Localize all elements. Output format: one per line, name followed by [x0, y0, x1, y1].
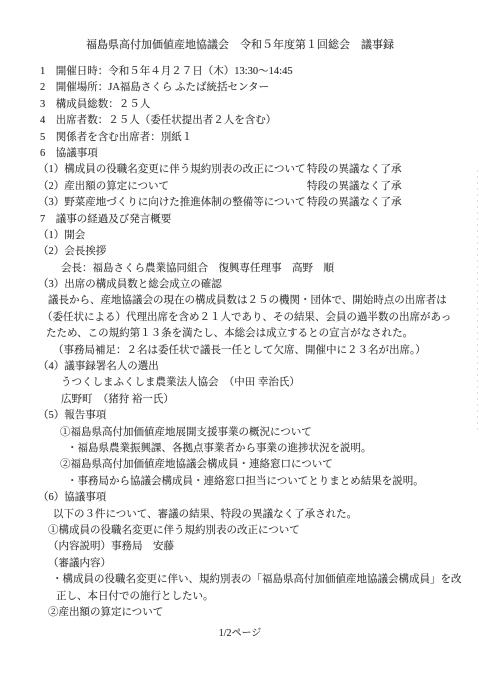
line-text: （委任状による）代理出席を含め２１人であり、その結果、会員の過半数の出席があっ	[42, 312, 451, 323]
line-text: ①福島県高付加価値産地展開支援事業の概況について	[60, 427, 312, 438]
text-line: ・事務局から協議会構成員・連絡窓口担当についてとりまとめ結果を説明。	[0, 474, 480, 490]
line-text: （事務局補足：２名は委任状で議長一任として欠席、開催中に２３名が出席。）	[53, 345, 426, 356]
text-line: （1）構成員の役職名変更に伴う規約別表の改正について特段の異議なく了承	[0, 162, 480, 178]
line-text: 3 構成員総数：２５人	[40, 99, 150, 110]
line-text: 5 関係者を含む出席者：別紙１	[40, 132, 192, 143]
document-page: 福島県高付加価値産地協議会 令和５年度第１回総会 議事録 1 開催日時：令和５年…	[0, 0, 480, 679]
line-text: ・福島県農業振興課、各拠点事業者から事業の進捗状況を説明。	[67, 443, 372, 454]
line-text: （2）会長挨拶	[38, 246, 106, 257]
line-text: 4 出席者数：２５人（委任状提出者２人を含む）	[40, 115, 276, 126]
text-line: 2 開催場所：JA福島さくら ふたば統括センター	[0, 80, 480, 96]
line-text: 会長：福島さくら農業協同組合 復興専任理事 高野 順	[61, 263, 334, 274]
text-line: 5 関係者を含む出席者：別紙１	[0, 130, 480, 146]
approval-note: 特段の異議なく了承	[307, 179, 402, 195]
line-text: ・構成員の役職名変更に伴い、規約別表の「福島県高付加価値産地協議会構成員」を改	[52, 574, 462, 585]
line-text: （6）協議事項	[38, 492, 106, 503]
line-text: 6 協議事項	[40, 148, 98, 159]
text-line: ②福島県高付加価値産地協議会構成員・連絡窓口について	[0, 457, 480, 473]
line-text: たため、この規約第１３条を満たし、本総会は成立するとの宣言がなされた。	[46, 328, 413, 339]
document-title: 福島県高付加価値産地協議会 令和５年度第１回総会 議事録	[0, 38, 480, 52]
line-text: （1）開会	[38, 230, 85, 241]
line-text: ①構成員の役職名変更に伴う規約別表の改正について	[48, 525, 300, 536]
approval-note: 特段の異議なく了承	[307, 195, 402, 211]
scan-artifact	[477, 170, 478, 430]
text-line: （2）会長挨拶	[0, 244, 480, 260]
text-line: （委任状による）代理出席を含め２１人であり、その結果、会員の過半数の出席があっ	[0, 310, 480, 326]
text-line: （5）報告事項	[0, 408, 480, 424]
approval-note: 特段の異議なく了承	[307, 162, 402, 178]
line-text: ②福島県高付加価値産地協議会構成員・連絡窓口について	[60, 459, 333, 470]
text-line: （3）野菜産地づくりに向けた推進体制の整備等について特段の異議なく了承	[0, 195, 480, 211]
line-text: （5）報告事項	[38, 410, 106, 421]
text-line: ①構成員の役職名変更に伴う規約別表の改正について	[0, 523, 480, 539]
line-text: （3）野菜産地づくりに向けた推進体制の整備等について	[38, 197, 306, 208]
line-text: 1 開催日時：令和５年４月２７日（木）13:30～14:45	[40, 66, 293, 77]
text-line: ・福島県農業振興課、各拠点事業者から事業の進捗状況を説明。	[0, 441, 480, 457]
text-line: 議長から、産地協議会の現在の構成員数は２５の機関・団体で、開始時点の出席者は	[0, 293, 480, 309]
text-line: 会長：福島さくら農業協同組合 復興専任理事 高野 順	[0, 261, 480, 277]
text-line: たため、この規約第１３条を満たし、本総会は成立するとの宣言がなされた。	[0, 326, 480, 342]
text-line: （事務局補足：２名は委任状で議長一任として欠席、開催中に２３名が出席。）	[0, 343, 480, 359]
text-line: ・構成員の役職名変更に伴い、規約別表の「福島県高付加価値産地協議会構成員」を改	[0, 572, 480, 588]
text-line: 以下の３件について、審議の結果、特段の異議なく了承された。	[0, 507, 480, 523]
line-text: 議長から、産地協議会の現在の構成員数は２５の機関・団体で、開始時点の出席者は	[48, 295, 447, 306]
document-body: 1 開催日時：令和５年４月２７日（木）13:30～14:452 開催場所：JA福…	[0, 64, 480, 621]
line-text: 2 開催場所：JA福島さくら ふたば統括センター	[40, 82, 269, 93]
text-line: （1）開会	[0, 228, 480, 244]
text-line: 3 構成員総数：２５人	[0, 97, 480, 113]
text-line: 正し、本日付での施行としたい。	[0, 589, 480, 605]
line-text: （2）産出額の算定について	[38, 181, 169, 192]
line-text: 7 議事の経過及び発言概要	[40, 214, 171, 225]
line-text: ・事務局から協議会構成員・連絡窓口担当についてとりまとめ結果を説明。	[67, 476, 424, 487]
line-text: 広野町 （猪狩 裕一氏）	[61, 394, 174, 405]
line-text: （内容説明）事務局 安藤	[48, 541, 174, 552]
text-line: 1 開催日時：令和５年４月２７日（木）13:30～14:45	[0, 64, 480, 80]
text-line: 6 協議事項	[0, 146, 480, 162]
line-text: （3）出席の構成員数と総会成立の確認	[38, 279, 222, 290]
line-text: （審議内容）	[48, 558, 111, 569]
line-text: 正し、本日付での施行としたい。	[56, 591, 214, 602]
text-line: （2）産出額の算定について特段の異議なく了承	[0, 179, 480, 195]
text-line: 広野町 （猪狩 裕一氏）	[0, 392, 480, 408]
text-line: ②産出額の算定について	[0, 605, 480, 621]
text-line: 7 議事の経過及び発言概要	[0, 212, 480, 228]
page-number: 1/2ページ	[0, 627, 480, 640]
text-line: ①福島県高付加価値産地展開支援事業の概況について	[0, 425, 480, 441]
text-line: （3）出席の構成員数と総会成立の確認	[0, 277, 480, 293]
text-line: 4 出席者数：２５人（委任状提出者２人を含む）	[0, 113, 480, 129]
line-text: 以下の３件について、審議の結果、特段の異議なく了承された。	[53, 509, 357, 520]
text-line: （内容説明）事務局 安藤	[0, 539, 480, 555]
line-text: （1）構成員の役職名変更に伴う規約別表の改正について	[38, 164, 306, 175]
line-text: ②産出額の算定について	[48, 607, 163, 618]
line-text: うつくしまふくしま農業法人協会 （中田 幸治氏）	[61, 377, 300, 388]
text-line: うつくしまふくしま農業法人協会 （中田 幸治氏）	[0, 375, 480, 391]
text-line: （6）協議事項	[0, 490, 480, 506]
text-line: （4）議事録署名人の選出	[0, 359, 480, 375]
line-text: （4）議事録署名人の選出	[38, 361, 159, 372]
text-line: （審議内容）	[0, 556, 480, 572]
